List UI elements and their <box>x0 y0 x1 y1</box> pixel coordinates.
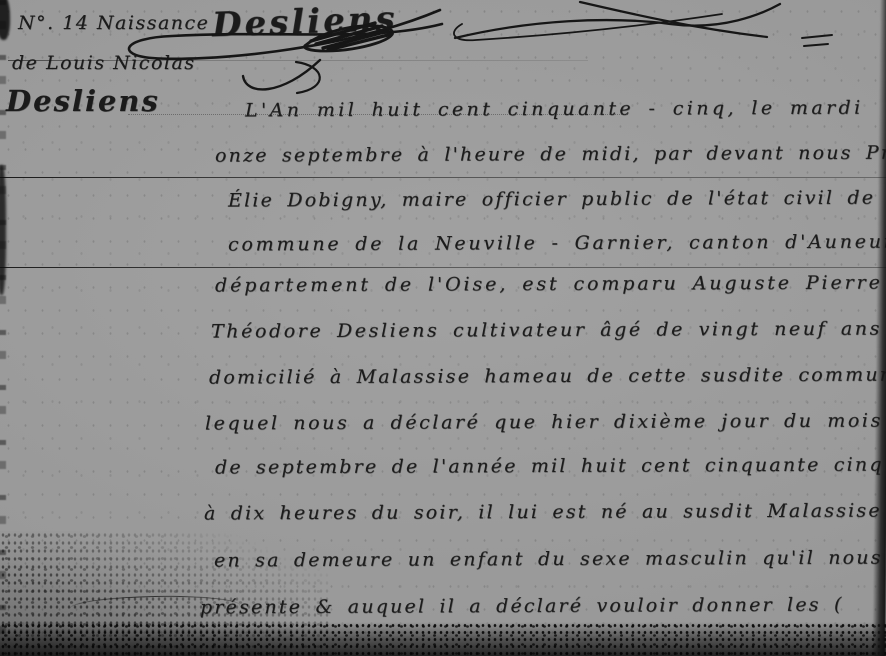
act-line: L'An mil huit cent cinquante - cinq, le … <box>245 97 864 122</box>
act-line: département de l'Oise, est comparu Augus… <box>215 272 883 297</box>
act-line: onze septembre à l'heure de midi, par de… <box>215 141 886 166</box>
margin-child-surname: Desliens <box>6 84 160 118</box>
act-line: Théodore Desliens cultivateur âgé de vin… <box>211 318 882 343</box>
scan-torn-left-edge <box>0 0 6 656</box>
margin-act-number: N°. 14 Naissance <box>18 12 209 34</box>
document-scan: N°. 14 Naissance de Louis Nicolas Deslie… <box>0 0 886 656</box>
act-line: commune de la Neuville - Garnier, canton… <box>228 231 886 256</box>
act-line: à dix heures du soir, il lui est né au s… <box>204 500 882 525</box>
scan-corner-blot <box>0 0 10 40</box>
act-line: Élie Dobigny, maire officier public de l… <box>228 187 886 212</box>
scan-dark-bottom-edge <box>0 622 886 656</box>
fold-line-upper <box>0 177 886 178</box>
fold-line-lower <box>0 267 886 268</box>
act-line: de septembre de l'année mil huit cent ci… <box>215 454 884 479</box>
margin-child-firstnames: de Louis Nicolas <box>12 52 196 74</box>
act-line: domicilié à Malassise hameau de cette su… <box>209 363 886 388</box>
scan-left-edge-blot <box>0 165 6 295</box>
act-line: lequel nous a déclaré que hier dixième j… <box>205 410 883 435</box>
header-surname-script: Desliens <box>211 0 398 45</box>
